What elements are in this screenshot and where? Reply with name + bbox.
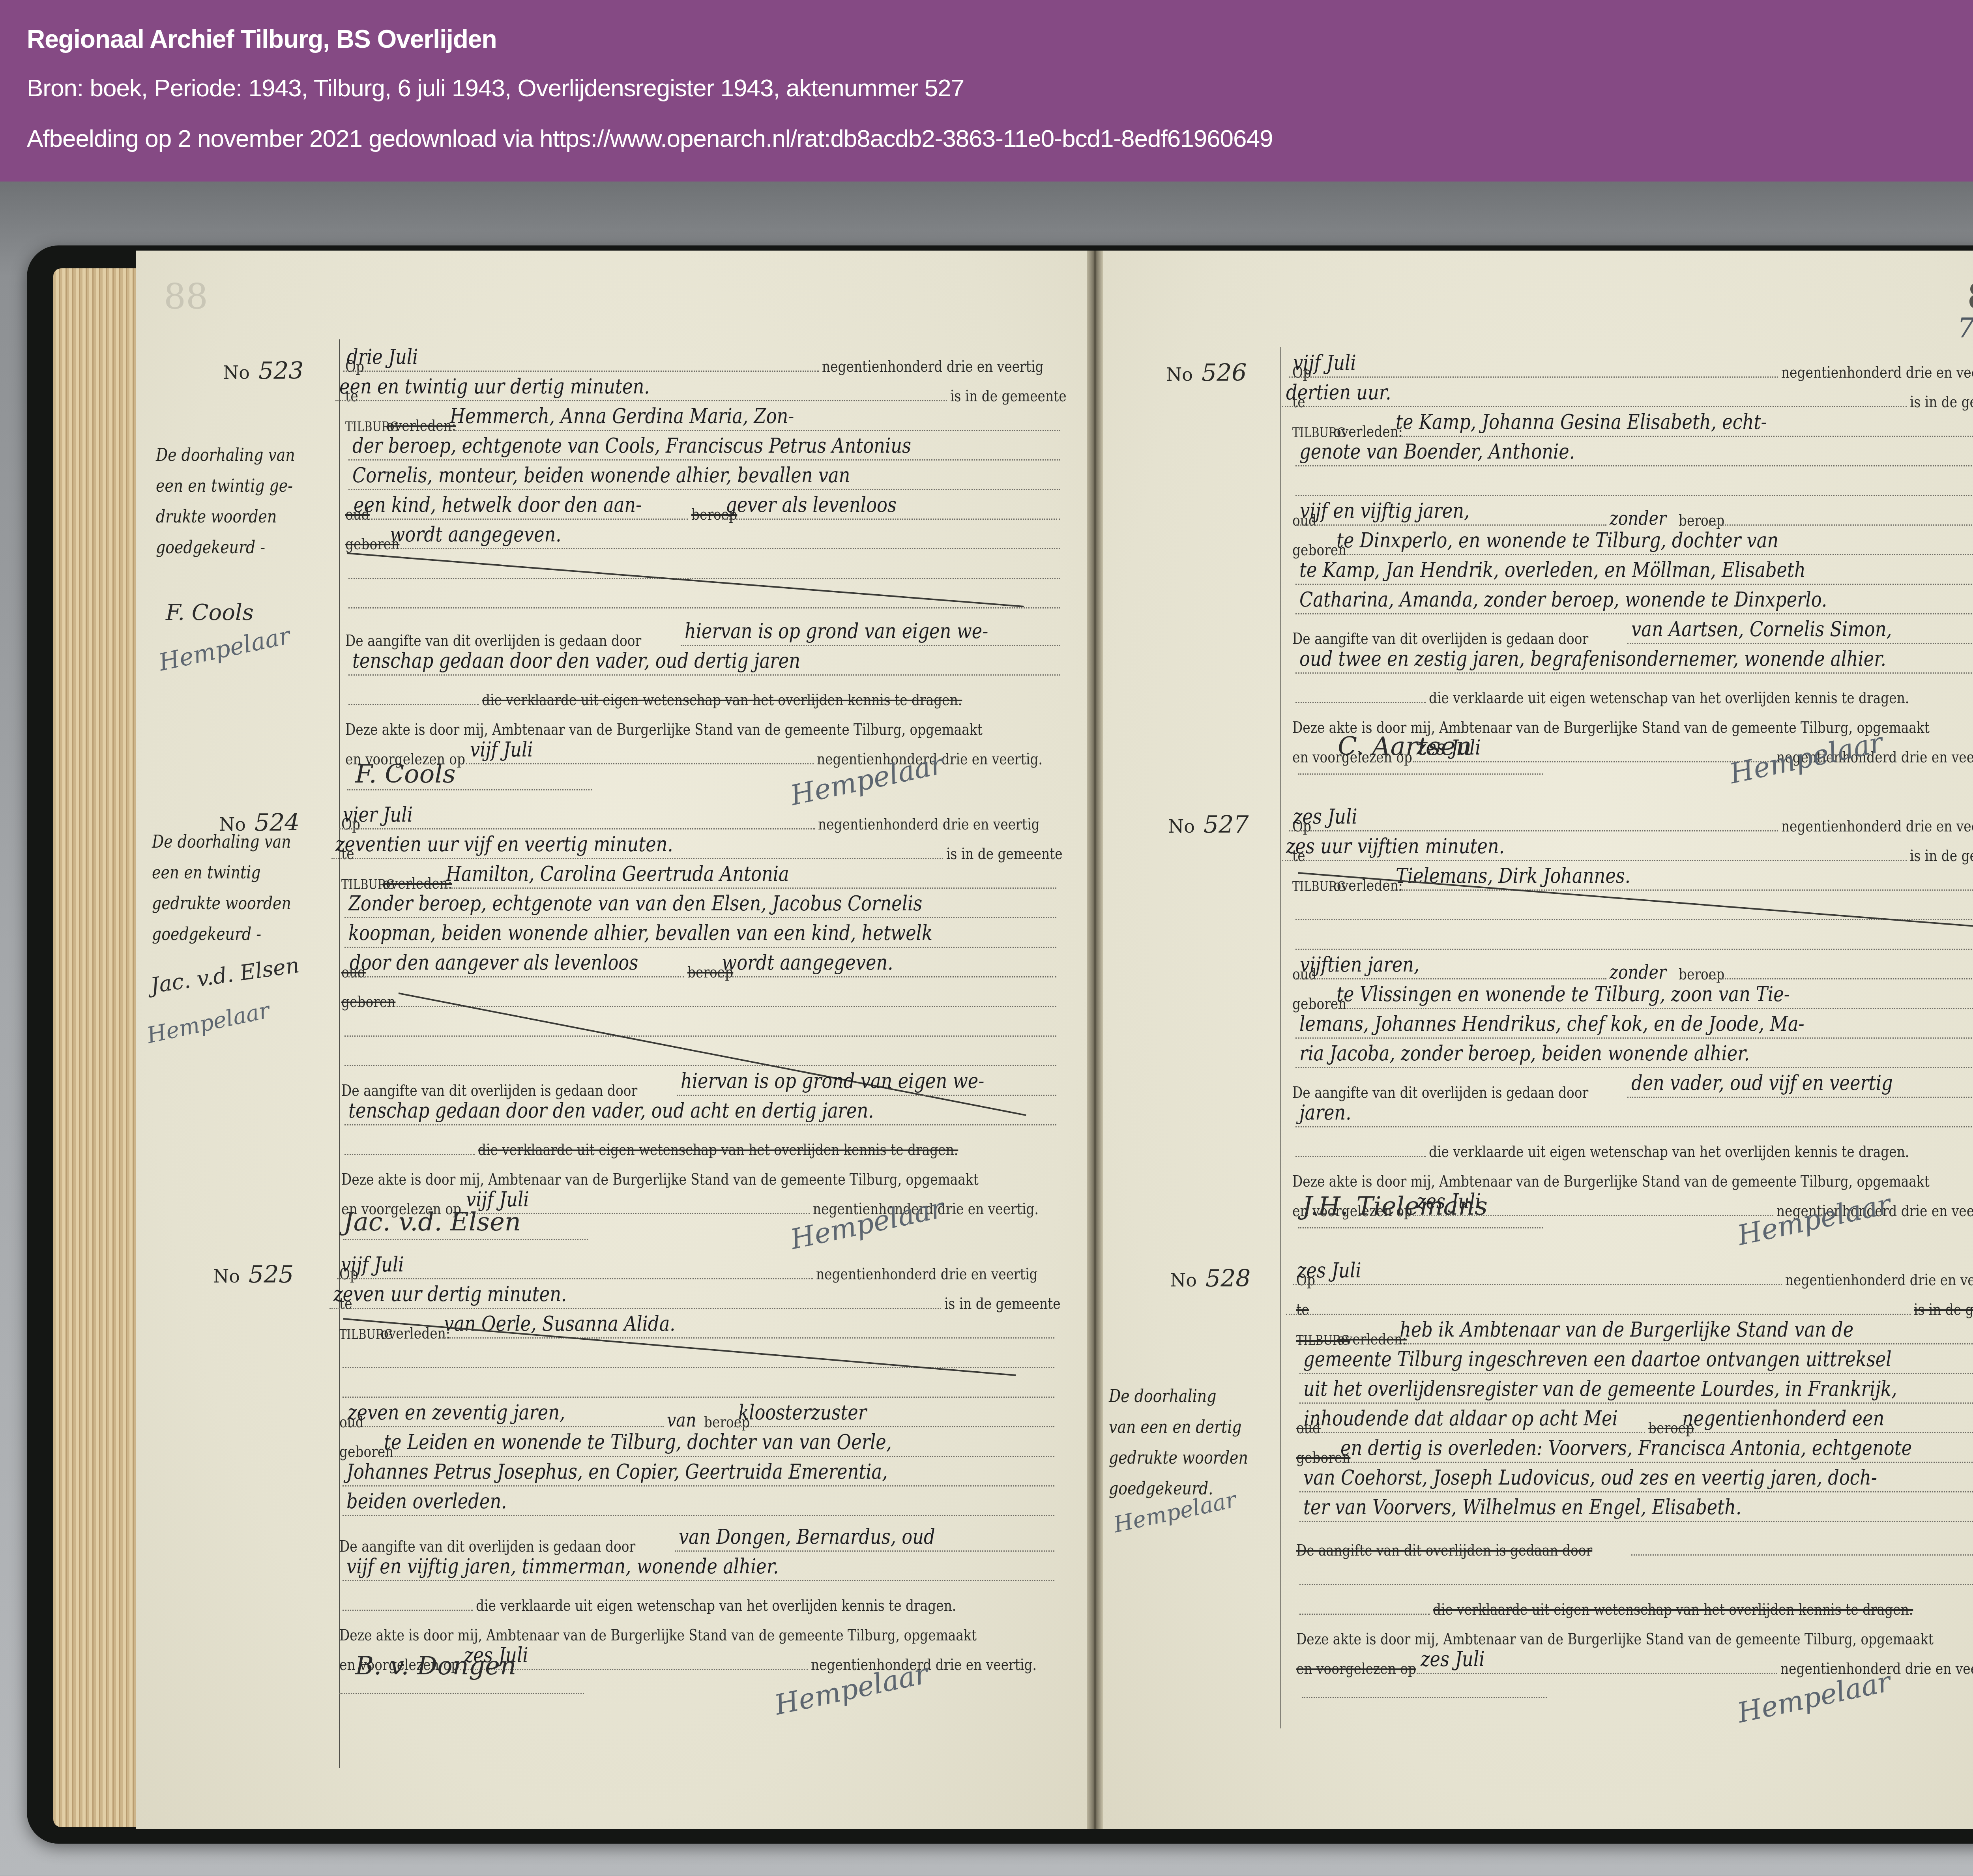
- signature-line: [1302, 1697, 1547, 1698]
- banner-title: Regionaal Archief Tilburg, BS Overlijden: [27, 24, 496, 54]
- occupation: kloosterzuster: [738, 1401, 867, 1425]
- deceased-line: koopman, beiden wonende alhier, bevallen…: [341, 923, 1060, 952]
- informant: van Aartsen, Cornelis Simon,: [1631, 618, 1892, 641]
- page-edges-left: [53, 268, 138, 1827]
- margin-note: De doorhaling van een en twintig ge- dru…: [156, 440, 295, 563]
- blank-line: [339, 1373, 1058, 1402]
- birth-details: te Vlissingen en wonende te Tilburg, zoo…: [1337, 983, 1790, 1006]
- death-time: een en twintig uur dertig minuten.: [339, 375, 650, 399]
- banner-source: Bron: boek, Periode: 1943, Tilburg, 6 ju…: [27, 74, 964, 102]
- time-line: tezes uur vijftien minuten.is in de geme…: [1292, 837, 1973, 865]
- deceased-line: der beroep, echtgenote van Cools, Franci…: [345, 436, 1063, 464]
- signature-line: [343, 1239, 588, 1240]
- declaration-line: die verklaarde uit eigen wetenschap van …: [339, 1586, 1058, 1615]
- witness-signature: C. Aartsen: [1338, 732, 1472, 761]
- death-time: zeven uur dertig minuten.: [333, 1282, 567, 1306]
- blank-line: [341, 1012, 1060, 1041]
- informant: van Dongen, Bernardus, oud: [679, 1525, 935, 1549]
- signature-line: [1298, 773, 1543, 775]
- blank-line: [1292, 925, 1973, 954]
- deceased-line: TILBURG overleden:te Kamp, Johanna Gesin…: [1292, 412, 1973, 441]
- birth-line: lemans, Johannes Hendrikus, chef kok, en…: [1292, 1014, 1973, 1043]
- informant-line: De aangifte van dit overlijden is gedaan…: [345, 622, 1063, 650]
- age-line: ouddoor den aangever als levenloosberoep…: [341, 953, 1060, 981]
- witness-signature: Jac. v.d. Elsen: [343, 1208, 521, 1237]
- blank-line: [345, 584, 1063, 612]
- margin-witness-signature: F. Cools: [166, 600, 254, 625]
- signature-line: [347, 789, 592, 790]
- death-date: vijf Juli: [1293, 351, 1356, 375]
- blank-line: [1292, 472, 1973, 500]
- akte-line: Deze akte is door mij, Ambtenaar van de …: [339, 1616, 1058, 1644]
- birth-line: geborenwordt aangegeven.: [345, 525, 1063, 553]
- deceased-name: Tielemans, Dirk Johannes.: [1396, 864, 1630, 888]
- birth-line: te Kamp, Jan Hendrik, overleden, en Möll…: [1292, 560, 1973, 589]
- body-line: geborenen dertig is overleden: Voorvers,…: [1296, 1438, 1973, 1467]
- informant-line: tenschap gedaan door den vader, oud acht…: [341, 1101, 1060, 1129]
- birth-details: te Leiden en wonende te Tilburg, dochter…: [384, 1430, 892, 1454]
- death-date: zes Juli: [1293, 805, 1357, 829]
- birth-line: beiden overleden.: [339, 1492, 1058, 1520]
- ghost-page-number: 88: [164, 276, 208, 317]
- informant: hiervan is op grond van eigen we-: [685, 620, 988, 643]
- archive-banner: Regionaal Archief Tilburg, BS Overlijden…: [0, 0, 1973, 182]
- date-line: Opdrie Julinegentienhonderd drie en veer…: [345, 347, 1063, 376]
- birth-line: geboren: [341, 983, 1060, 1011]
- age-line: oudvijftien jaren,zonderberoep: [1292, 955, 1973, 983]
- declaration-line: die verklaarde uit eigen wetenschap van …: [1292, 679, 1973, 707]
- birth-line: ria Jacoba, zonder beroep, beiden wonend…: [1292, 1044, 1973, 1072]
- declaration-line: die verklaarde uit eigen wetenschap van …: [1296, 1590, 1973, 1619]
- informant-line: De aangifte van dit overlijden is gedaan…: [1292, 1073, 1973, 1102]
- death-date: zes Juli: [1297, 1259, 1361, 1282]
- body-line: van Coehorst, Joseph Ludovicus, oud zes …: [1296, 1468, 1973, 1496]
- blank-line: [341, 1042, 1060, 1070]
- age: vijftien jaren,: [1300, 953, 1419, 977]
- blank-line: [345, 554, 1063, 583]
- deceased-name: Hemmerch, Anna Gerdina Maria, Zon-: [450, 404, 794, 428]
- date-line: Opvijf Julinegentienhonderd drie en veer…: [1292, 353, 1973, 382]
- body-line: gemeente Tilburg ingeschreven een daarto…: [1296, 1350, 1973, 1378]
- margin-rule-right: [1280, 347, 1281, 1728]
- signature-line: [1298, 1227, 1543, 1228]
- informant-line: vijf en vijftig jaren, timmerman, wonend…: [339, 1557, 1058, 1585]
- informant-line: jaren.: [1292, 1103, 1973, 1131]
- read-date: vijf Juli: [470, 738, 533, 762]
- body-line: oudinhoudende dat aldaar op acht Meibero…: [1296, 1409, 1973, 1437]
- informant-line: De aangifte van dit overlijden is gedaan…: [339, 1527, 1058, 1556]
- death-time: zes uur vijftien minuten.: [1286, 835, 1505, 858]
- transcription-text: heb ik Ambtenaar van de Burgerlijke Stan…: [1400, 1318, 1853, 1342]
- deceased-line: TILBURG overleden:Hamilton, Carolina Gee…: [341, 864, 1060, 893]
- witness-signature: J.H. Tielemans: [1302, 1192, 1488, 1221]
- birth-line: Catharina, Amanda, zonder beroep, wonend…: [1292, 590, 1973, 618]
- book-gutter: [1087, 251, 1103, 1829]
- blank-line: [1296, 1561, 1973, 1589]
- deceased-name: te Kamp, Johanna Gesina Elisabeth, echt-: [1396, 410, 1767, 434]
- margin-note: De doorhaling van een en dertig gedrukte…: [1109, 1381, 1248, 1504]
- time-line: tedertien uur.is in de gemeente: [1292, 383, 1973, 411]
- birth-line: geborente Dinxperlo, en wonende te Tilbu…: [1292, 531, 1973, 559]
- death-time: zeventien uur vijf en veertig minuten.: [335, 833, 673, 856]
- informant: den vader, oud vijf en veertig: [1631, 1071, 1893, 1095]
- body-line: TILBURG overleden:heb ik Ambtenaar van d…: [1296, 1320, 1973, 1348]
- akte-line: Deze akte is door mij, Ambtenaar van de …: [345, 710, 1063, 739]
- witness-signature: F. Cools: [355, 760, 455, 789]
- akte-line: Deze akte is door mij, Ambtenaar van de …: [1296, 1620, 1973, 1648]
- deceased-name: van Oerle, Susanna Alida.: [444, 1312, 676, 1336]
- akte-line: Deze akte is door mij, Ambtenaar van de …: [1292, 1162, 1973, 1191]
- time-line: tezeven uur dertig minuten.is in de geme…: [339, 1284, 1058, 1313]
- witness-signature: B. v. Dongen: [355, 1651, 516, 1681]
- banner-download-info: Afbeelding op 2 november 2021 gedownload…: [27, 125, 1273, 153]
- body-line: ter van Voorvers, Wilhelmus en Engel, El…: [1296, 1498, 1973, 1526]
- informant-line: De aangifte van dit overlijden is gedaan…: [1296, 1531, 1973, 1560]
- signature-line: [339, 1693, 584, 1694]
- age-line: oudvijf en vijftig jaren,zonderberoep: [1292, 501, 1973, 530]
- birth-line: geborente Vlissingen en wonende te Tilbu…: [1292, 985, 1973, 1013]
- declaration-line: die verklaarde uit eigen wetenschap van …: [345, 681, 1063, 709]
- deceased-line: Zonder beroep, echtgenote van van den El…: [341, 894, 1060, 922]
- date-line: Opzes Julinegentienhonderd drie en veert…: [1292, 807, 1973, 835]
- read-date: zes Juli: [1421, 1648, 1485, 1671]
- death-date: vijf Juli: [341, 1253, 404, 1277]
- declaration-line: die verklaarde uit eigen wetenschap van …: [341, 1131, 1060, 1159]
- blank-line: [1292, 896, 1973, 924]
- deceased-line: Cornelis, monteur, beiden wonende alhier…: [345, 466, 1063, 494]
- akte-line: Deze akte is door mij, Ambtenaar van de …: [341, 1160, 1060, 1189]
- age-line: oudzeven en zeventig jaren,vanberoepkloo…: [339, 1403, 1058, 1431]
- deceased-name: Hamilton, Carolina Geertruda Antonia: [446, 862, 789, 886]
- informant-line: oud twee en zestig jaren, begrafenisonde…: [1292, 649, 1973, 678]
- deceased-line: TILBURG overleden:Hemmerch, Anna Gerdina…: [345, 406, 1063, 435]
- page-number: 89: [1967, 276, 1973, 317]
- date-line: Opzes Julinegentienhonderd drie en veert…: [1296, 1261, 1973, 1289]
- informant-line: De aangifte van dit overlijden is gedaan…: [341, 1071, 1060, 1100]
- date-line: Opvijf Julinegentienhonderd drie en veer…: [339, 1255, 1058, 1283]
- record-number: No528: [1170, 1265, 1250, 1292]
- margin-note: De doorhaling van een en twintig gedrukt…: [152, 827, 291, 950]
- birth-line: geborente Leiden en wonende te Tilburg, …: [339, 1432, 1058, 1461]
- age: zeven en zeventig jaren,: [348, 1401, 565, 1425]
- informant: hiervan is op grond van eigen we-: [681, 1069, 984, 1093]
- date-line: Opvier Julinegentienhonderd drie en veer…: [341, 805, 1060, 833]
- age: vijf en vijftig jaren,: [1300, 499, 1469, 523]
- informant-line: tenschap gedaan door den vader, oud dert…: [345, 651, 1063, 680]
- age-line: oudeen kind, hetwelk door den aan-beroep…: [345, 495, 1063, 524]
- death-time: dertien uur.: [1286, 381, 1391, 404]
- declaration-line: die verklaarde uit eigen wetenschap van …: [1292, 1133, 1973, 1161]
- time-line: teis in de gemeente: [1296, 1290, 1973, 1319]
- page-mark: 7.: [1957, 312, 1973, 344]
- body-line: uit het overlijdensregister van de gemee…: [1296, 1379, 1973, 1408]
- record-number: No527: [1168, 811, 1249, 839]
- informant-line: De aangifte van dit overlijden is gedaan…: [1292, 620, 1973, 648]
- record-number: No523: [223, 357, 303, 385]
- birth-line: Johannes Petrus Josephus, en Copier, Gee…: [339, 1462, 1058, 1490]
- time-line: teeen en twintig uur dertig minuten.is i…: [345, 377, 1063, 405]
- record-number: No525: [213, 1261, 294, 1288]
- death-date: drie Juli: [347, 345, 418, 369]
- record-number: No526: [1166, 359, 1247, 387]
- time-line: tezeventien uur vijf en veertig minuten.…: [341, 835, 1060, 863]
- death-date: vier Juli: [343, 803, 413, 827]
- birth-details: te Dinxperlo, en wonende te Tilburg, doc…: [1337, 529, 1778, 552]
- deceased-line: genote van Boender, Anthonie.: [1292, 442, 1973, 470]
